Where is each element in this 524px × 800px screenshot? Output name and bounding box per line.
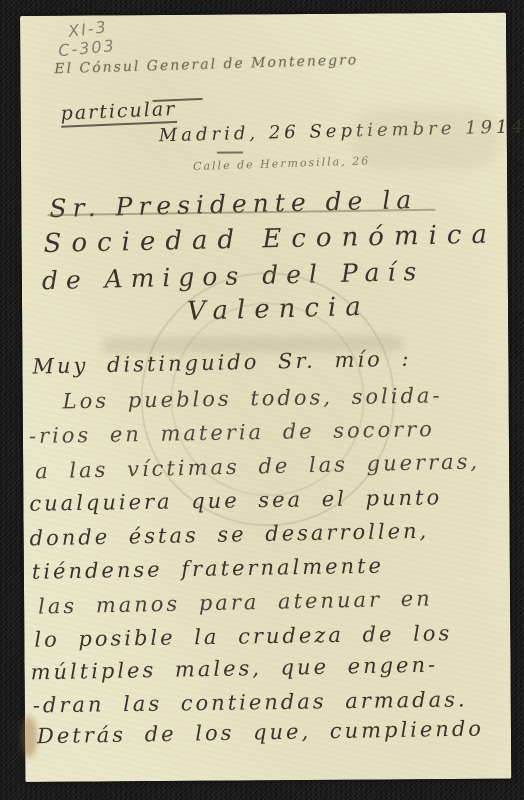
- body-line-4: cualquiera que sea el punto: [29, 485, 442, 515]
- scan-background: { "archive_marks": { "mark1": "XI-3", "m…: [0, 0, 524, 800]
- paper-mottling: [351, 109, 501, 170]
- body-line-3: a las víctimas de las guerras,: [35, 449, 480, 483]
- body-line-11: Detrás de los que, cumpliendo: [37, 716, 484, 748]
- letter-page: XI-3 C-303 El Cónsul General de Monteneg…: [20, 13, 511, 782]
- letter-body: Muy distinguido Sr. mío : Los pueblos to…: [20, 13, 506, 16]
- date-day-underline: [217, 151, 243, 153]
- street-address: Calle de Hermosilla, 26: [193, 154, 371, 173]
- archive-mark-2: C-303: [57, 36, 116, 60]
- body-line-7: las manos para atenuar en: [38, 586, 433, 618]
- body-line-10: -dran las contiendas armadas.: [33, 687, 468, 717]
- paper-stain: [21, 716, 37, 758]
- body-line-5: donde éstas se desarrollen,: [29, 519, 429, 551]
- recipient-line-1: Sr. Presidente de la: [49, 185, 418, 223]
- particular-note: particular: [60, 98, 177, 128]
- body-line-6: tiéndense fraternalmente: [32, 554, 384, 584]
- recipient-line-2: Sociedad Económica: [43, 220, 497, 259]
- body-line-8: lo posible la crudeza de los: [34, 621, 452, 652]
- body-line-9: múltiples males, que engen-: [30, 653, 438, 685]
